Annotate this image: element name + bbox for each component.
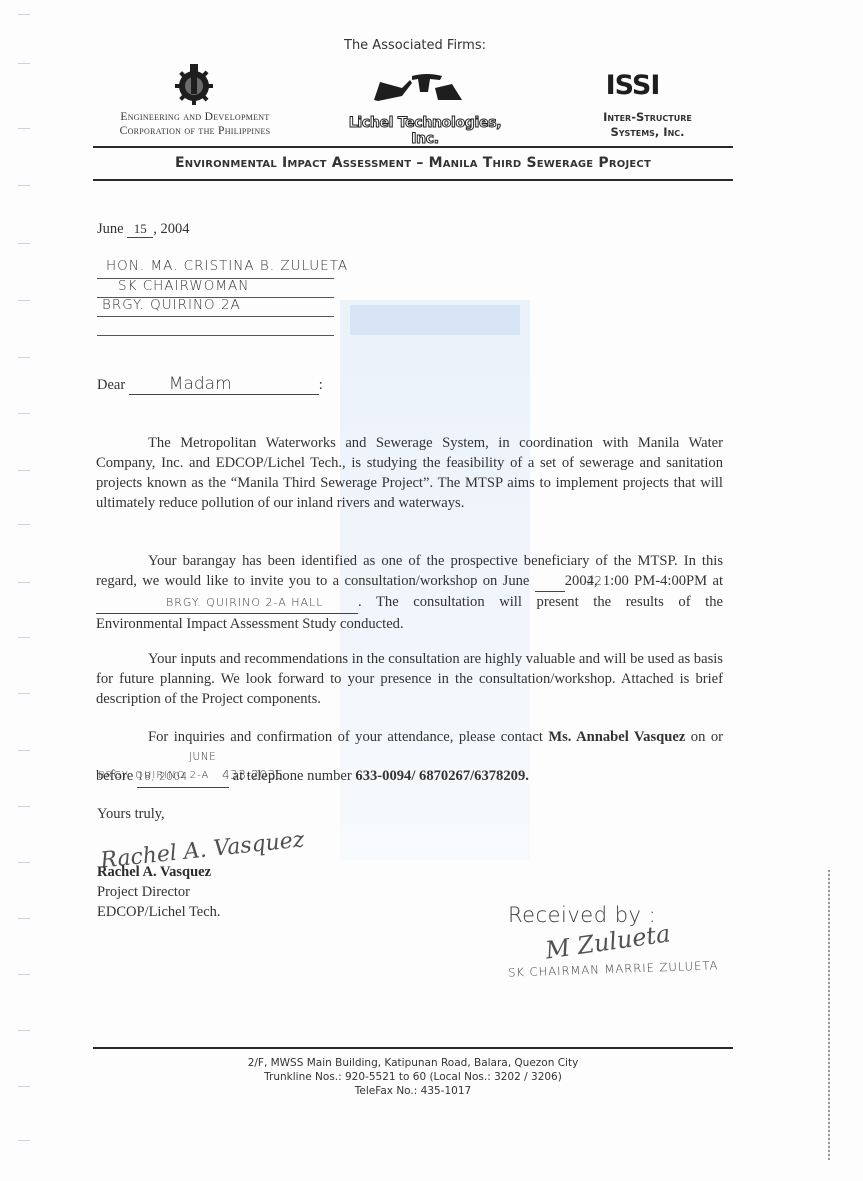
header-rule-top (93, 146, 733, 148)
recipient-address: BRGY. QUIRINO 2A (102, 297, 241, 313)
margin-tick (18, 243, 30, 244)
margin-tick (18, 14, 30, 15)
letter-date: June 15, 2004 (97, 221, 189, 238)
header-rule-bottom (93, 179, 733, 181)
footer-telefax: TeleFax No.: 435-1017 (93, 1084, 733, 1098)
margin-tick (18, 63, 30, 64)
margin-tick (18, 582, 30, 583)
margin-tick (18, 974, 30, 975)
margin-tick (18, 128, 30, 129)
margin-tick (18, 918, 30, 919)
salutation-name: Madam (129, 374, 319, 395)
margin-tick (18, 1086, 30, 1087)
paragraph-intro: The Metropolitan Waterworks and Sewerage… (96, 433, 723, 513)
recipient-title: SK CHAIRWOMAN (118, 278, 249, 294)
margin-tick (18, 524, 30, 525)
issi-name: Inter-Structure Systems, Inc. (585, 110, 710, 140)
receiver-name: SK CHAIRMAN MARRIE ZULUETA (508, 958, 719, 979)
margin-tick (18, 357, 30, 358)
recipient-line (97, 316, 334, 317)
workshop-venue: BRGY. QUIRINO 2-A HALL (96, 593, 358, 614)
contact-name: Ms. Annabel Vasquez (548, 729, 685, 745)
margin-tick (18, 693, 30, 694)
inquiries-text-1: For inquiries and confirmation of your a… (148, 729, 543, 745)
edcop-name-line2: Corporation of the Philippines (95, 124, 295, 138)
margin-tick (18, 1030, 30, 1031)
footer-address-line: 2/F, MWSS Main Building, Katipunan Road,… (93, 1056, 733, 1070)
date-day: 15 (127, 221, 153, 238)
footer-rule (93, 1047, 733, 1049)
signer-name: Rachel A. Vasquez (97, 864, 211, 881)
paragraph-request: Your inputs and recommendations in the c… (96, 649, 723, 709)
margin-tick (18, 750, 30, 751)
salutation-colon: : (319, 377, 323, 393)
handwritten-note-barangay: BRGY. QUIRINO 2-A (98, 770, 209, 781)
invitation-text-2: 2004, 1:00 PM-4:00PM at (565, 573, 723, 589)
recipient-line (97, 335, 334, 336)
issi-logo: ISSI (595, 70, 670, 101)
rsvp-deadline: JUNE 18, 2004 (137, 747, 229, 788)
date-year: , 2004 (153, 221, 189, 237)
margin-tick (18, 1140, 30, 1141)
margin-tick (18, 637, 30, 638)
scan-edge (828, 870, 830, 1160)
signer-title: Project Director (97, 884, 190, 901)
margin-tick (18, 413, 30, 414)
edcop-name-line1: Engineering and Development (95, 110, 295, 124)
recipient-name: HON. MA. CRISTINA B. ZULUETA (106, 258, 348, 274)
margin-tick (18, 300, 30, 301)
arc-segments-icon (372, 70, 466, 104)
gear-tower-emblem-icon (172, 62, 216, 106)
salutation-prefix: Dear (97, 377, 125, 393)
salutation: Dear Madam: (97, 374, 323, 395)
project-title: Environmental Impact Assessment – Manila… (93, 155, 733, 171)
margin-tick (18, 806, 30, 807)
paragraph-invitation: Your barangay has been identified as one… (96, 551, 723, 634)
lichel-name: Lichel Technologies, Inc. (335, 115, 515, 147)
handwritten-note-phone: 433-2035. (222, 768, 288, 782)
footer-trunkline: Trunkline Nos.: 920-5521 to 60 (Local No… (93, 1070, 733, 1084)
closing: Yours truly, (97, 806, 165, 823)
date-month: June (97, 221, 124, 237)
signer-org: EDCOP/Lichel Tech. (97, 904, 221, 921)
issi-name-line2: Systems, Inc. (585, 125, 710, 140)
issi-name-line1: Inter-Structure (585, 110, 710, 125)
margin-tick (18, 862, 30, 863)
margin-tick (18, 185, 30, 186)
workshop-day: 22 (535, 571, 565, 592)
contact-phones: 633-0094/ 6870267/6378209. (355, 768, 529, 784)
scan-watermark-bar (350, 305, 520, 335)
edcop-name: Engineering and Development Corporation … (95, 110, 295, 138)
associated-firms-label: The Associated Firms: (0, 38, 830, 53)
margin-tick (18, 470, 30, 471)
footer-address: 2/F, MWSS Main Building, Katipunan Road,… (93, 1056, 733, 1098)
